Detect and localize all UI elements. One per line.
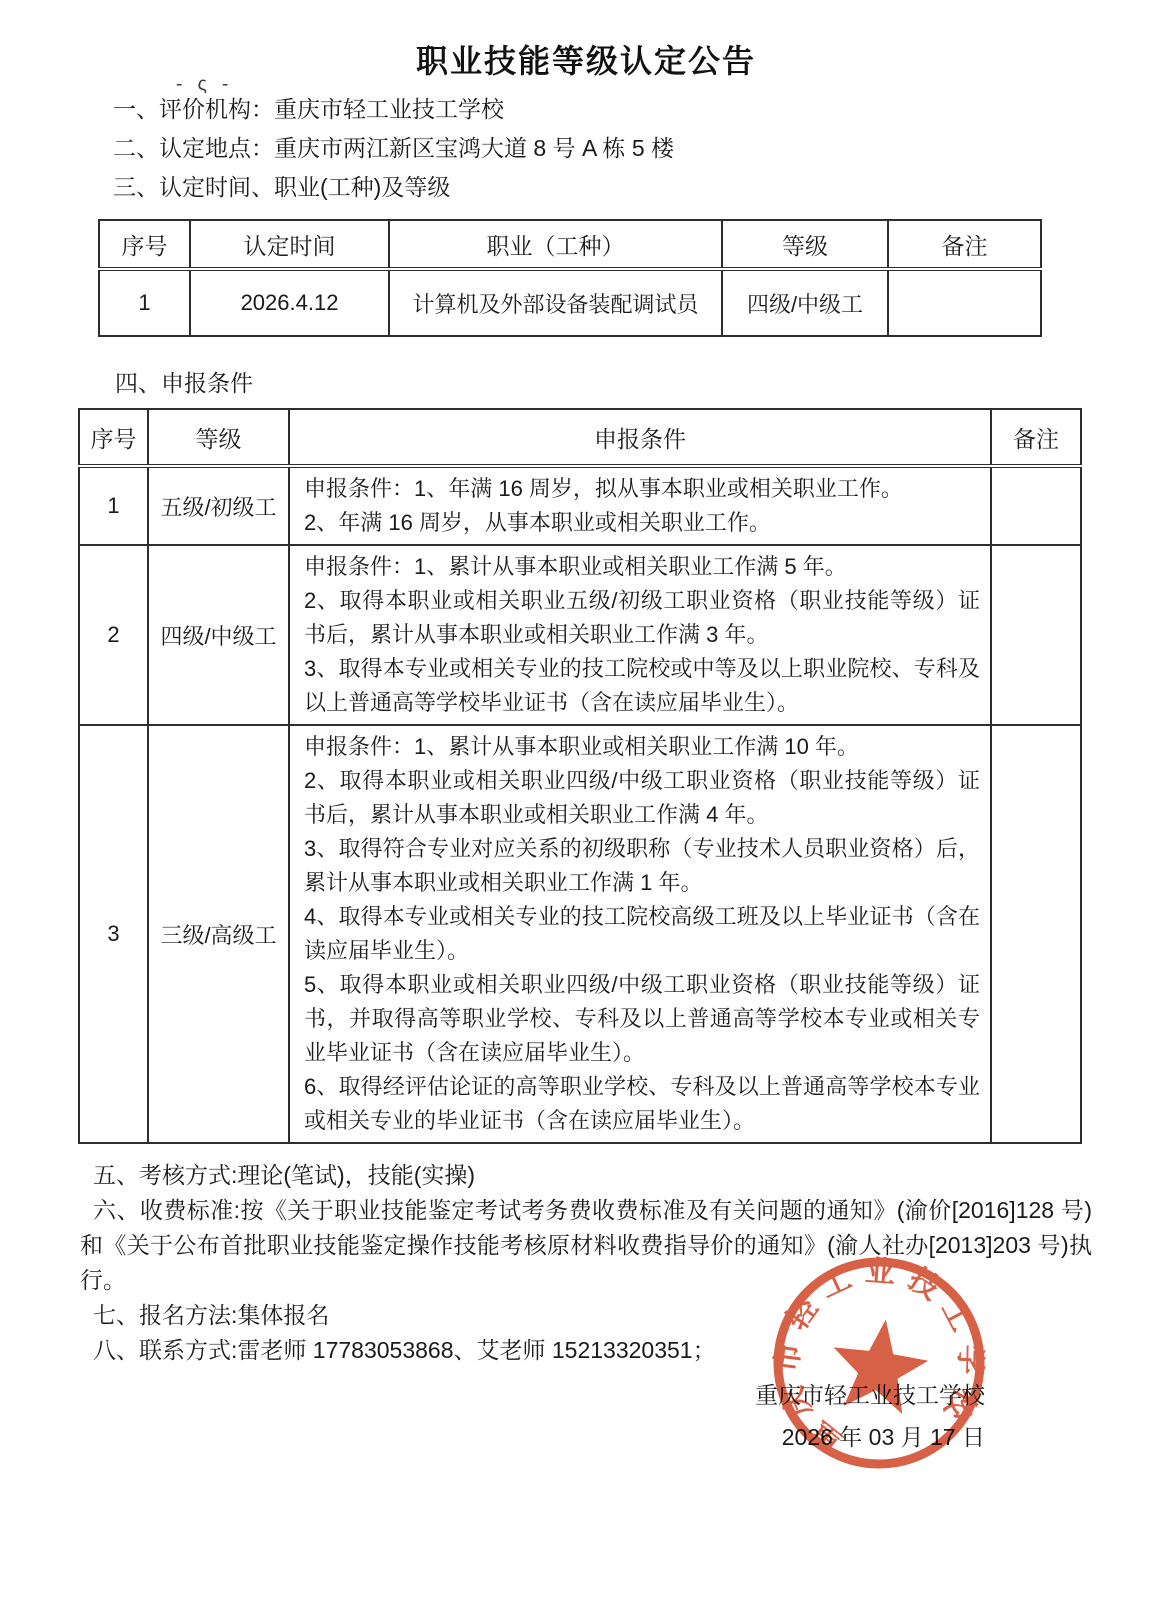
conditions-col-level: 等级 bbox=[148, 409, 289, 466]
page-title: 职业技能等级认定公告 bbox=[0, 0, 1172, 82]
schedule-table: 序号 认定时间 职业（工种） 等级 备注 1 2026.4.12 计算机及外部设… bbox=[98, 219, 1042, 337]
conditions-cell-criteria: 申报条件：1、年满 16 周岁，拟从事本职业或相关职业工作。 2、年满 16 周… bbox=[289, 466, 991, 545]
table-row: 1 2026.4.12 计算机及外部设备装配调试员 四级/中级工 bbox=[99, 269, 1041, 336]
conditions-cell-note bbox=[991, 545, 1081, 725]
criteria-line: 申报条件：1、年满 16 周岁，拟从事本职业或相关职业工作。 bbox=[304, 472, 980, 506]
criteria-line: 申报条件：1、累计从事本职业或相关职业工作满 5 年。 bbox=[304, 550, 980, 584]
criteria-line: 6、取得经评估论证的高等职业学校、专科及以上普通高等学校本专业或相关专业的毕业证… bbox=[304, 1070, 980, 1138]
conditions-table: 序号 等级 申报条件 备注 1 五级/初级工 申报条件：1、年满 16 周岁，拟… bbox=[78, 408, 1082, 1144]
schedule-cell-occupation: 计算机及外部设备装配调试员 bbox=[389, 269, 722, 336]
schedule-col-note: 备注 bbox=[888, 220, 1041, 269]
conditions-cell-no: 2 bbox=[79, 545, 148, 725]
intro-line-evaluator: 一、评价机构：重庆市轻工业技工学校 bbox=[113, 90, 1172, 129]
conditions-cell-level: 三级/高级工 bbox=[148, 725, 289, 1143]
conditions-cell-criteria: 申报条件：1、累计从事本职业或相关职业工作满 10 年。 2、取得本职业或相关职… bbox=[289, 725, 991, 1143]
para-registration-method: 七、报名方法:集体报名 bbox=[80, 1298, 1092, 1333]
pencil-mark: - ς - bbox=[176, 74, 233, 96]
conditions-cell-level: 四级/中级工 bbox=[148, 545, 289, 725]
conditions-header-row: 序号 等级 申报条件 备注 bbox=[79, 409, 1081, 466]
signature-block: 重庆市轻工业技工学校 2026 年 03 月 17 日 bbox=[0, 1374, 985, 1458]
section-heading-conditions: 四、申报条件 bbox=[115, 365, 1172, 398]
schedule-cell-level: 四级/中级工 bbox=[722, 269, 888, 336]
criteria-line: 2、取得本职业或相关职业五级/初级工职业资格（职业技能等级）证书后，累计从事本职… bbox=[304, 584, 980, 652]
criteria-line: 3、取得符合专业对应关系的初级职称（专业技术人员职业资格）后，累计从事本职业或相… bbox=[304, 832, 980, 900]
schedule-cell-date: 2026.4.12 bbox=[190, 269, 389, 336]
conditions-cell-criteria: 申报条件：1、累计从事本职业或相关职业工作满 5 年。 2、取得本职业或相关职业… bbox=[289, 545, 991, 725]
footer-paragraphs: 五、考核方式:理论(笔试)，技能(实操) 六、收费标准:按《关于职业技能鉴定考试… bbox=[80, 1158, 1092, 1368]
conditions-col-criteria: 申报条件 bbox=[289, 409, 991, 466]
intro-section: 一、评价机构：重庆市轻工业技工学校 二、认定地点：重庆市两江新区宝鸿大道 8 号… bbox=[113, 90, 1172, 207]
conditions-col-note: 备注 bbox=[991, 409, 1081, 466]
criteria-line: 申报条件：1、累计从事本职业或相关职业工作满 10 年。 bbox=[304, 730, 980, 764]
intro-line-schedule-heading: 三、认定时间、职业(工种)及等级 bbox=[113, 168, 1172, 207]
conditions-cell-note bbox=[991, 466, 1081, 545]
conditions-cell-note bbox=[991, 725, 1081, 1143]
schedule-col-date: 认定时间 bbox=[190, 220, 389, 269]
schedule-col-no: 序号 bbox=[99, 220, 190, 269]
para-fee-standard: 六、收费标准:按《关于职业技能鉴定考试考务费收费标准及有关问题的通知》(渝价[2… bbox=[80, 1193, 1092, 1298]
criteria-line: 4、取得本专业或相关专业的技工院校高级工班及以上毕业证书（含在读应届毕业生）。 bbox=[304, 900, 980, 968]
schedule-col-occupation: 职业（工种） bbox=[389, 220, 722, 269]
signature-org: 重庆市轻工业技工学校 bbox=[0, 1374, 985, 1416]
schedule-header-row: 序号 认定时间 职业（工种） 等级 备注 bbox=[99, 220, 1041, 269]
table-row-level3: 3 三级/高级工 申报条件：1、累计从事本职业或相关职业工作满 10 年。 2、… bbox=[79, 725, 1081, 1143]
conditions-cell-no: 1 bbox=[79, 466, 148, 545]
conditions-col-no: 序号 bbox=[79, 409, 148, 466]
table-row-level4: 2 四级/中级工 申报条件：1、累计从事本职业或相关职业工作满 5 年。 2、取… bbox=[79, 545, 1081, 725]
para-assessment-method: 五、考核方式:理论(笔试)，技能(实操) bbox=[80, 1158, 1092, 1193]
criteria-line: 5、取得本职业或相关职业四级/中级工职业资格（职业技能等级）证书，并取得高等职业… bbox=[304, 968, 980, 1070]
signature-date: 2026 年 03 月 17 日 bbox=[0, 1416, 985, 1458]
schedule-col-level: 等级 bbox=[722, 220, 888, 269]
para-contact-info: 八、联系方式:雷老师 17783053868、艾老师 15213320351； bbox=[80, 1333, 1092, 1368]
criteria-line: 2、取得本职业或相关职业四级/中级工职业资格（职业技能等级）证书后，累计从事本职… bbox=[304, 764, 980, 832]
conditions-cell-no: 3 bbox=[79, 725, 148, 1143]
schedule-cell-no: 1 bbox=[99, 269, 190, 336]
table-row-level5: 1 五级/初级工 申报条件：1、年满 16 周岁，拟从事本职业或相关职业工作。 … bbox=[79, 466, 1081, 545]
conditions-cell-level: 五级/初级工 bbox=[148, 466, 289, 545]
criteria-line: 3、取得本专业或相关专业的技工院校或中等及以上职业院校、专科及以上普通高等学校毕… bbox=[304, 652, 980, 720]
intro-line-location: 二、认定地点：重庆市两江新区宝鸿大道 8 号 A 栋 5 楼 bbox=[113, 129, 1172, 168]
document-page: - ς - 职业技能等级认定公告 一、评价机构：重庆市轻工业技工学校 二、认定地… bbox=[0, 0, 1172, 1600]
schedule-cell-note bbox=[888, 269, 1041, 336]
criteria-line: 2、年满 16 周岁，从事本职业或相关职业工作。 bbox=[304, 506, 980, 540]
